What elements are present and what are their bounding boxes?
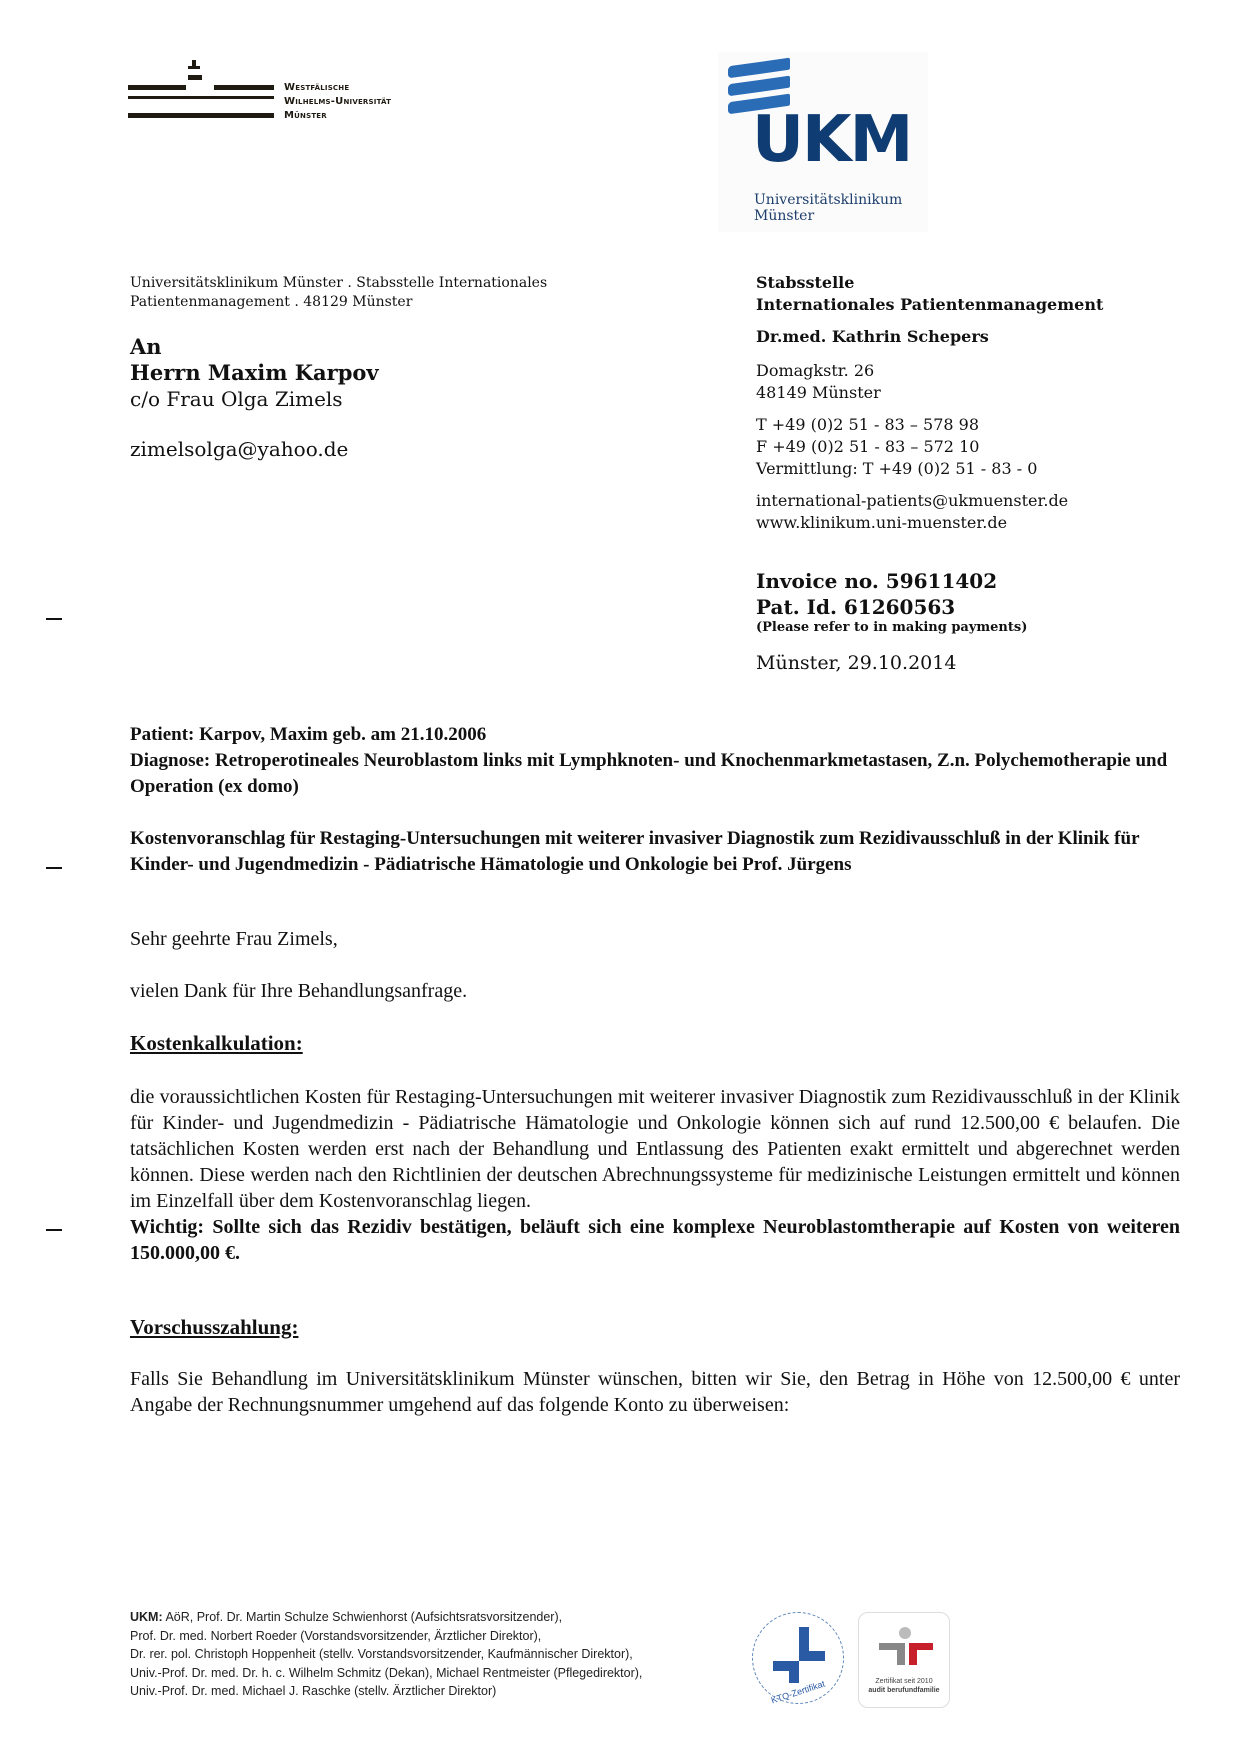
salutation: Sehr geehrte Frau Zimels, [130,926,1180,952]
cost-heading: Kostenkalkulation: [130,1030,1180,1056]
contact-street: Domagkstr. 26 [756,360,1196,382]
thanks-line: vielen Dank für Ihre Behandlungsanfrage. [130,978,1180,1004]
ukm-subtitle: Universitätsklinikum [754,192,902,208]
contact-phone: T +49 (0)2 51 - 83 – 578 98 [756,414,1196,436]
contact-person: Dr.med. Kathrin Schepers [756,326,1196,348]
recipient-address: An Herrn Maxim Karpov c/o Frau Olga Zime… [130,334,379,412]
footer-ukm-label: UKM: [130,1610,163,1624]
wave-icon [728,76,790,97]
footer-board: UKM: AöR, Prof. Dr. Martin Schulze Schwi… [130,1608,750,1701]
wwu-logo-line: Münster [284,109,391,123]
place-date: Münster, 29.10.2014 [756,652,1196,674]
contact-city: 48149 Münster [756,382,1196,404]
recipient-care-of: c/o Frau Olga Zimels [130,386,379,412]
patient-id: Pat. Id. 61260563 [756,594,1196,620]
subject-block: Patient: Karpov, Maxim geb. am 21.10.200… [130,722,1180,878]
patient-line: Patient: Karpov, Maxim geb. am 21.10.200… [130,722,1180,748]
cost-paragraph: die voraussichtlichen Kosten für Restagi… [130,1084,1180,1266]
invoice-block: Invoice no. 59611402 Pat. Id. 61260563 (… [756,568,1196,674]
invoice-number: Invoice no. 59611402 [756,568,1196,594]
advance-heading: Vorschusszahlung: [130,1314,1180,1340]
sender-return-address: Universitätsklinikum Münster . Stabsstel… [130,274,650,312]
fold-mark [46,867,62,869]
fold-mark [46,1229,62,1231]
department-line: Stabsstelle [756,272,1196,294]
estimate-title: Kostenvoranschlag für Restaging-Untersuc… [130,826,1180,878]
department-line: Internationales Patientenmanagement [756,294,1196,316]
ktq-certificate-badge: KTQ-Zertifikat [752,1612,844,1704]
recipient-email: zimelsolga@yahoo.de [130,437,348,461]
fold-mark [46,618,62,620]
wwu-logo-line: Westfälische [284,81,391,95]
audit-dot-icon [899,1627,911,1639]
to-label: An [130,334,379,360]
advance-paragraph: Falls Sie Behandlung im Universitätsklin… [130,1366,1180,1418]
audit-certificate-badge: Zertifikat seit 2010 audit berufundfamil… [858,1612,950,1708]
ukm-acronym: UKM [752,108,911,172]
recipient-name: Herrn Maxim Karpov [130,360,379,386]
ukm-logo: UKM Universitätsklinikum Münster [718,52,928,232]
ukm-subtitle: Münster [754,208,902,224]
wave-icon [728,58,790,79]
contact-fax: F +49 (0)2 51 - 83 – 572 10 [756,436,1196,458]
contact-switchboard: Vermittlung: T +49 (0)2 51 - 83 - 0 [756,458,1196,480]
contact-email: international-patients@ukmuenster.de [756,490,1196,512]
wwu-logo-line: Wilhelms-Universität [284,95,391,109]
wwu-logo: Westfälische Wilhelms-Universität Münste… [128,58,428,128]
contact-block: Stabsstelle Internationales Patientenman… [756,272,1196,534]
important-note: Wichtig: Sollte sich das Rezidiv bestäti… [130,1214,1180,1266]
payment-note: (Please refer to in making payments) [756,620,1196,636]
contact-website: www.klinikum.uni-muenster.de [756,512,1196,534]
diagnosis-line: Diagnose: Retroperotineales Neuroblastom… [130,748,1180,800]
